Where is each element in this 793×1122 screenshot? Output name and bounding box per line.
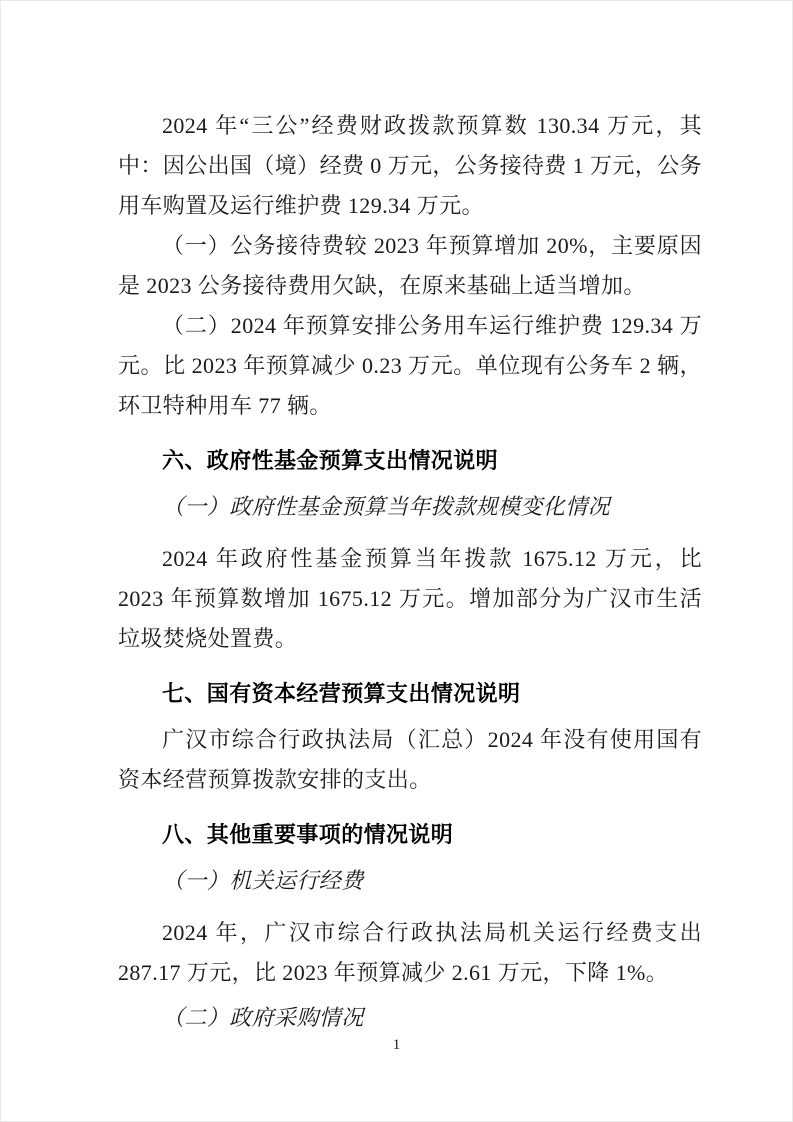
paragraph-vehicle-maintenance: （二）2024 年预算安排公务用车运行维护费 129.34 万元。比 2023 … — [118, 306, 702, 426]
subheading-fund-allocation-change: （一）政府性基金预算当年拨款规模变化情况 — [118, 487, 702, 527]
paragraph-fund-budget-detail: 2024 年政府性基金预算当年拨款 1675.12 万元，比 2023 年预算数… — [118, 539, 702, 659]
heading-section-six-government-fund: 六、政府性基金预算支出情况说明 — [118, 441, 702, 481]
heading-section-eight-other-matters: 八、其他重要事项的情况说明 — [118, 815, 702, 855]
paragraph-state-capital-detail: 广汉市综合行政执法局（汇总）2024 年没有使用国有资本经营预算拨款安排的支出。 — [118, 720, 702, 800]
paragraph-official-reception-increase: （一）公务接待费较 2023 年预算增加 20%，主要原因是 2023 公务接待… — [118, 226, 702, 306]
paragraph-agency-operating-detail: 2024 年，广汉市综合行政执法局机关运行经费支出 287.17 万元，比 20… — [118, 913, 702, 993]
subheading-agency-operating-expense: （一）机关运行经费 — [118, 861, 702, 901]
subheading-government-procurement: （二）政府采购情况 — [118, 998, 702, 1038]
heading-section-seven-state-capital: 七、国有资本经营预算支出情况说明 — [118, 674, 702, 714]
document-page: 2024 年“三公”经费财政拨款预算数 130.34 万元，其中：因公出国（境）… — [0, 0, 793, 1122]
page-number: 1 — [0, 1034, 793, 1056]
paragraph-three-public-budget: 2024 年“三公”经费财政拨款预算数 130.34 万元，其中：因公出国（境）… — [118, 106, 702, 226]
